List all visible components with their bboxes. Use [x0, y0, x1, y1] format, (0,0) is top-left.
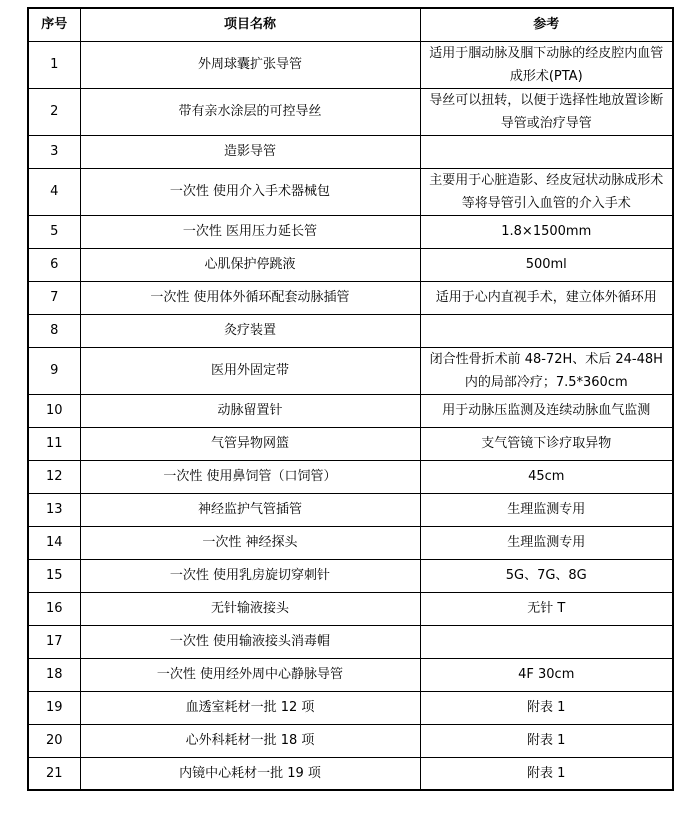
table-row: 17一次性 使用输液接头消毒帽: [28, 625, 673, 658]
row-number-cell: 11: [28, 427, 80, 460]
table-row: 14一次性 神经探头生理监测专用: [28, 526, 673, 559]
item-name-cell: 带有亲水涂层的可控导丝: [80, 88, 420, 135]
items-table: 序号 项目名称 参考 1外周球囊扩张导管适用于腘动脉及腘下动脉的经皮腔内血管成形…: [27, 7, 674, 791]
table-row: 21内镜中心耗材一批 19 项附表 1: [28, 757, 673, 790]
row-number-cell: 20: [28, 724, 80, 757]
reference-cell: 生理监测专用: [420, 526, 673, 559]
item-name-cell: 一次性 神经探头: [80, 526, 420, 559]
item-name-cell: 医用外固定带: [80, 347, 420, 394]
item-name-cell: 一次性 使用乳房旋切穿刺针: [80, 559, 420, 592]
header-row: 序号 项目名称 参考: [28, 8, 673, 41]
reference-cell: 适用于腘动脉及腘下动脉的经皮腔内血管成形术(PTA): [420, 41, 673, 88]
row-number-cell: 4: [28, 168, 80, 215]
reference-cell: 适用于心内直视手术，建立体外循环用: [420, 281, 673, 314]
item-name-cell: 气管异物网篮: [80, 427, 420, 460]
item-name-cell: 心外科耗材一批 18 项: [80, 724, 420, 757]
item-name-cell: 无针输液接头: [80, 592, 420, 625]
row-number-cell: 16: [28, 592, 80, 625]
column-header-reference: 参考: [420, 8, 673, 41]
row-number-cell: 17: [28, 625, 80, 658]
table-row: 5一次性 医用压力延长管1.8×1500mm: [28, 215, 673, 248]
row-number-cell: 1: [28, 41, 80, 88]
row-number-cell: 18: [28, 658, 80, 691]
item-name-cell: 内镜中心耗材一批 19 项: [80, 757, 420, 790]
item-name-cell: 神经监护气管插管: [80, 493, 420, 526]
reference-cell: 附表 1: [420, 691, 673, 724]
row-number-cell: 12: [28, 460, 80, 493]
row-number-cell: 10: [28, 394, 80, 427]
row-number-cell: 15: [28, 559, 80, 592]
table-header: 序号 项目名称 参考: [28, 8, 673, 41]
table-row: 6心肌保护停跳液500ml: [28, 248, 673, 281]
row-number-cell: 5: [28, 215, 80, 248]
table-row: 3造影导管: [28, 135, 673, 168]
table-row: 19血透室耗材一批 12 项附表 1: [28, 691, 673, 724]
row-number-cell: 13: [28, 493, 80, 526]
table-row: 10动脉留置针用于动脉压监测及连续动脉血气监测: [28, 394, 673, 427]
table-row: 4一次性 使用介入手术器械包主要用于心脏造影、经皮冠状动脉成形术等将导管引入血管…: [28, 168, 673, 215]
reference-cell: 1.8×1500mm: [420, 215, 673, 248]
row-number-cell: 21: [28, 757, 80, 790]
reference-cell: 无针 T: [420, 592, 673, 625]
reference-cell: 用于动脉压监测及连续动脉血气监测: [420, 394, 673, 427]
reference-cell: 45cm: [420, 460, 673, 493]
reference-cell: 生理监测专用: [420, 493, 673, 526]
row-number-cell: 2: [28, 88, 80, 135]
reference-cell: [420, 314, 673, 347]
row-number-cell: 9: [28, 347, 80, 394]
item-name-cell: 外周球囊扩张导管: [80, 41, 420, 88]
item-name-cell: 一次性 使用输液接头消毒帽: [80, 625, 420, 658]
reference-cell: 500ml: [420, 248, 673, 281]
row-number-cell: 19: [28, 691, 80, 724]
item-name-cell: 一次性 医用压力延长管: [80, 215, 420, 248]
row-number-cell: 8: [28, 314, 80, 347]
table-row: 12一次性 使用鼻饲管（口饲管）45cm: [28, 460, 673, 493]
reference-cell: [420, 135, 673, 168]
column-header-item-name: 项目名称: [80, 8, 420, 41]
reference-cell: 附表 1: [420, 724, 673, 757]
table-row: 11气管异物网篮支气管镜下诊疗取异物: [28, 427, 673, 460]
table-row: 13神经监护气管插管生理监测专用: [28, 493, 673, 526]
table-row: 15一次性 使用乳房旋切穿刺针5G、7G、8G: [28, 559, 673, 592]
table-row: 8灸疗装置: [28, 314, 673, 347]
row-number-cell: 7: [28, 281, 80, 314]
reference-cell: 主要用于心脏造影、经皮冠状动脉成形术等将导管引入血管的介入手术: [420, 168, 673, 215]
table-row: 18一次性 使用经外周中心静脉导管4F 30cm: [28, 658, 673, 691]
item-name-cell: 一次性 使用体外循环配套动脉插管: [80, 281, 420, 314]
item-name-cell: 造影导管: [80, 135, 420, 168]
table-body: 1外周球囊扩张导管适用于腘动脉及腘下动脉的经皮腔内血管成形术(PTA)2带有亲水…: [28, 41, 673, 790]
item-name-cell: 一次性 使用鼻饲管（口饲管）: [80, 460, 420, 493]
item-name-cell: 心肌保护停跳液: [80, 248, 420, 281]
table-row: 2带有亲水涂层的可控导丝导丝可以扭转，以便于选择性地放置诊断导管或治疗导管: [28, 88, 673, 135]
reference-cell: 导丝可以扭转，以便于选择性地放置诊断导管或治疗导管: [420, 88, 673, 135]
reference-cell: 附表 1: [420, 757, 673, 790]
table-row: 7一次性 使用体外循环配套动脉插管适用于心内直视手术，建立体外循环用: [28, 281, 673, 314]
reference-cell: 4F 30cm: [420, 658, 673, 691]
row-number-cell: 6: [28, 248, 80, 281]
reference-cell: 支气管镜下诊疗取异物: [420, 427, 673, 460]
row-number-cell: 14: [28, 526, 80, 559]
reference-cell: 闭合性骨折术前 48-72H、术后 24-48H 内的局部冷疗；7.5*360c…: [420, 347, 673, 394]
reference-cell: 5G、7G、8G: [420, 559, 673, 592]
table-row: 9医用外固定带闭合性骨折术前 48-72H、术后 24-48H 内的局部冷疗；7…: [28, 347, 673, 394]
column-header-number: 序号: [28, 8, 80, 41]
row-number-cell: 3: [28, 135, 80, 168]
item-name-cell: 血透室耗材一批 12 项: [80, 691, 420, 724]
table-row: 16无针输液接头无针 T: [28, 592, 673, 625]
table-row: 20心外科耗材一批 18 项附表 1: [28, 724, 673, 757]
item-name-cell: 一次性 使用经外周中心静脉导管: [80, 658, 420, 691]
reference-cell: [420, 625, 673, 658]
item-name-cell: 一次性 使用介入手术器械包: [80, 168, 420, 215]
table-row: 1外周球囊扩张导管适用于腘动脉及腘下动脉的经皮腔内血管成形术(PTA): [28, 41, 673, 88]
item-name-cell: 动脉留置针: [80, 394, 420, 427]
item-name-cell: 灸疗装置: [80, 314, 420, 347]
